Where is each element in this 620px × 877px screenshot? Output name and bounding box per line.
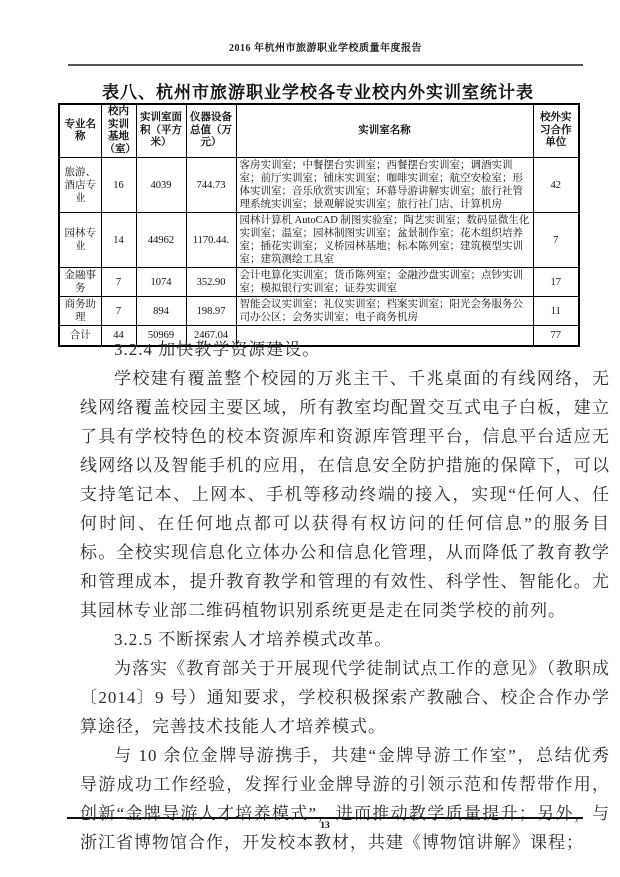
cell-equipment-value: 352.90 [186,268,236,297]
column-header-equipment-value: 仪器设备总值（万元） [186,104,236,158]
table-row: 旅游、酒店专业 16 4039 744.73 客房实训室；中餐摆台实训室；西餐摆… [59,158,579,213]
table-title: 表八、杭州市旅游职业学校各专业校内外实训室统计表 [58,78,578,103]
column-header-room-names: 实训室名称 [236,104,533,158]
cell-major: 旅游、酒店专业 [59,158,101,213]
cell-partners: 17 [533,268,579,297]
cell-area: 44962 [136,213,186,268]
table-row: 园林专业 14 44962 1170.44. 园林计算机 AutoCAD 制图实… [59,213,579,268]
column-header-area: 实训室面积（平方米） [136,104,186,158]
cell-partners: 42 [533,158,579,213]
cell-partners: 7 [533,213,579,268]
cell-room-names: 客房实训室；中餐摆台实训室；西餐摆台实训室；调酒实训室；前厅实训室；铺床实训室；… [236,158,533,213]
cell-area: 4039 [136,158,186,213]
column-header-major: 专业名称 [59,104,101,158]
cell-bases: 7 [101,268,136,297]
cell-bases: 14 [101,213,136,268]
cell-partners: 11 [533,297,579,326]
table-header-row: 专业名称 校内实训基地（室） 实训室面积（平方米） 仪器设备总值（万元） 实训室… [59,104,579,158]
cell-major: 金融事务 [59,268,101,297]
cell-area: 894 [136,297,186,326]
paragraph: 为落实《教育部关于开展现代学徒制试点工作的意见》（教职成〔2014〕9 号）通知… [80,654,610,741]
cell-room-names: 会计电算化实训室；货币陈列室；金融沙盘实训室；点钞实训室；模拟银行实训室；证券实… [236,268,533,297]
header-divider [68,64,583,66]
training-rooms-table: 专业名称 校内实训基地（室） 实训室面积（平方米） 仪器设备总值（万元） 实训室… [58,103,580,347]
footer-divider [67,817,583,819]
document-page: 2016 年杭州市旅游职业学校质量年度报告 表八、杭州市旅游职业学校各专业校内外… [0,0,620,877]
cell-major: 园林专业 [59,213,101,268]
paragraph: 学校建有覆盖整个校园的万兆主干、千兆桌面的有线网络，无线网络覆盖校园主要区域，所… [80,364,610,625]
table-row: 商务助理 7 894 198.97 智能会议实训室；礼仪实训室；档案实训室；阳光… [59,297,579,326]
column-header-bases: 校内实训基地（室） [101,104,136,158]
cell-bases: 16 [101,158,136,213]
report-header-title: 2016 年杭州市旅游职业学校质量年度报告 [68,39,583,54]
page-number: 13 [67,821,583,831]
cell-room-names: 智能会议实训室；礼仪实训室；档案实训室；阳光会务服务公司办公区；会务实训室；电子… [236,297,533,326]
cell-bases: 7 [101,297,136,326]
body-text-block: 3.2.4 加快教学资源建设。 学校建有覆盖整个校园的万兆主干、千兆桌面的有线网… [80,335,610,857]
cell-equipment-value: 1170.44. [186,213,236,268]
cell-major: 商务助理 [59,297,101,326]
table-row: 金融事务 7 1074 352.90 会计电算化实训室；货币陈列室；金融沙盘实训… [59,268,579,297]
section-heading-324: 3.2.4 加快教学资源建设。 [80,335,610,364]
paragraph: 与 10 余位金牌导游携手，共建“金牌导游工作室”，总结优秀导游成功工作经验，发… [80,741,610,857]
cell-room-names: 园林计算机 AutoCAD 制图实验室；陶艺实训室；数码显微生化实训室；温室；园… [236,213,533,268]
column-header-partners: 校外实习合作单位 [533,104,579,158]
cell-equipment-value: 744.73 [186,158,236,213]
cell-equipment-value: 198.97 [186,297,236,326]
cell-area: 1074 [136,268,186,297]
section-heading-325: 3.2.5 不断探索人才培养模式改革。 [80,625,610,654]
